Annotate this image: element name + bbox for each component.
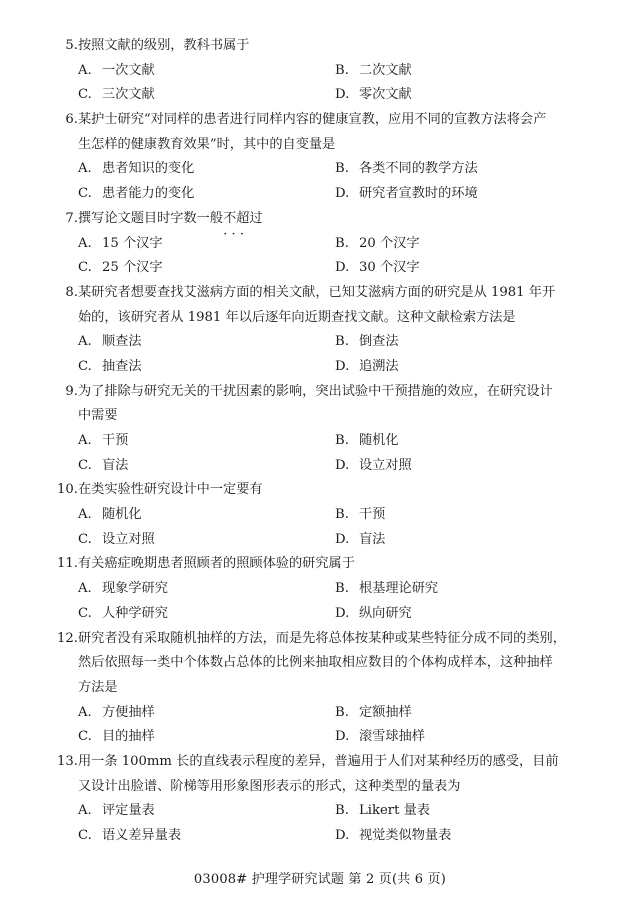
option-d: D.30 个汉字 bbox=[335, 256, 420, 281]
question-number: 12. bbox=[57, 627, 78, 652]
option-c: C.目的抽样 bbox=[78, 725, 155, 750]
option-a: A.随机化 bbox=[78, 503, 142, 528]
option-d: D.视觉类似物量表 bbox=[335, 824, 451, 849]
option-d: D.设立对照 bbox=[335, 454, 412, 479]
question-stem: 用一条 100mm 长的直线表示程度的差异，普遍用于人们对某种经历的感受，目前 bbox=[78, 750, 559, 775]
option-d: D.纵向研究 bbox=[335, 602, 412, 627]
option-a: A.现象学研究 bbox=[78, 577, 168, 602]
question-number: 10. bbox=[57, 478, 78, 503]
question-12: 12. 研究者没有采取随机抽样的方法，而是先将总体按某种或某些特征分成不同的类别… bbox=[0, 627, 640, 750]
option-c: C.设立对照 bbox=[78, 528, 155, 553]
option-c: C.盲法 bbox=[78, 454, 128, 479]
option-b: B.根基理论研究 bbox=[335, 577, 438, 602]
question-stem-continued: 中需要 bbox=[78, 404, 118, 429]
question-stem: 撰写论文题目时字数一般不超过· · · bbox=[78, 207, 263, 232]
question-stem-continued: 方法是 bbox=[78, 676, 118, 701]
option-c: C.三次文献 bbox=[78, 83, 155, 108]
question-5: 5. 按照文献的级别，教科书属于 A.一次文献 B.二次文献 C.三次文献 D.… bbox=[0, 34, 640, 108]
emphasized-text: 不超过· · · bbox=[223, 211, 263, 226]
option-a: A.顺查法 bbox=[78, 330, 142, 355]
option-b: B.各类不同的教学方法 bbox=[335, 157, 478, 182]
exam-page: 5. 按照文献的级别，教科书属于 A.一次文献 B.二次文献 C.三次文献 D.… bbox=[0, 34, 640, 849]
option-b: B.20 个汉字 bbox=[335, 232, 420, 257]
question-number: 7. bbox=[65, 207, 78, 232]
question-stem-continued: 生怎样的健康教育效果”时，其中的自变量是 bbox=[78, 133, 335, 158]
option-a: A.方便抽样 bbox=[78, 701, 155, 726]
question-stem: 研究者没有采取随机抽样的方法，而是先将总体按某种或某些特征分成不同的类别， bbox=[78, 627, 566, 652]
question-number: 13. bbox=[57, 750, 78, 775]
option-a: A.15 个汉字 bbox=[78, 232, 163, 257]
question-stem: 有关癌症晚期患者照顾者的照顾体验的研究属于 bbox=[78, 552, 355, 577]
question-6: 6. 某护士研究“对同样的患者进行同样内容的健康宣教，应用不同的宣教方法将会产 … bbox=[0, 108, 640, 207]
option-b: B.倒查法 bbox=[335, 330, 399, 355]
option-d: D.滚雪球抽样 bbox=[335, 725, 425, 750]
option-d: D.追溯法 bbox=[335, 355, 399, 380]
question-stem: 某护士研究“对同样的患者进行同样内容的健康宣教，应用不同的宣教方法将会产 bbox=[78, 108, 546, 133]
option-b: B.随机化 bbox=[335, 429, 399, 454]
question-number: 6. bbox=[65, 108, 78, 133]
question-13: 13. 用一条 100mm 长的直线表示程度的差异，普遍用于人们对某种经历的感受… bbox=[0, 750, 640, 849]
question-stem: 按照文献的级别，教科书属于 bbox=[78, 34, 249, 59]
option-c: C.人种学研究 bbox=[78, 602, 168, 627]
option-b: B.二次文献 bbox=[335, 59, 412, 84]
option-c: C.患者能力的变化 bbox=[78, 182, 194, 207]
question-number: 11. bbox=[57, 552, 78, 577]
option-a: A.评定量表 bbox=[78, 799, 155, 824]
question-number: 8. bbox=[65, 281, 78, 306]
question-7: 7. 撰写论文题目时字数一般不超过· · · A.15 个汉字 B.20 个汉字… bbox=[0, 207, 640, 281]
question-stem-continued: 始的，该研究者从 1981 年以后逐年向近期查找文献。这种文献检索方法是 bbox=[78, 306, 516, 331]
question-stem: 在类实验性研究设计中一定要有 bbox=[78, 478, 263, 503]
question-stem-continued: 然后依照每一类中个体数占总体的比例来抽取相应数目的个体构成样本，这种抽样 bbox=[78, 651, 553, 676]
option-d: D.研究者宣教时的环境 bbox=[335, 182, 478, 207]
question-number: 9. bbox=[65, 380, 78, 405]
question-10: 10. 在类实验性研究设计中一定要有 A.随机化 B.干预 C.设立对照 D.盲… bbox=[0, 478, 640, 552]
question-9: 9. 为了排除与研究无关的干扰因素的影响，突出试验中干预措施的效应，在研究设计 … bbox=[0, 380, 640, 479]
option-a: A.患者知识的变化 bbox=[78, 157, 194, 182]
question-8: 8. 某研究者想要查找艾滋病方面的相关文献，已知艾滋病方面的研究是从 1981 … bbox=[0, 281, 640, 380]
option-a: A.一次文献 bbox=[78, 59, 155, 84]
question-11: 11. 有关癌症晚期患者照顾者的照顾体验的研究属于 A.现象学研究 B.根基理论… bbox=[0, 552, 640, 626]
question-stem: 某研究者想要查找艾滋病方面的相关文献，已知艾滋病方面的研究是从 1981 年开 bbox=[78, 281, 555, 306]
question-number: 5. bbox=[65, 34, 78, 59]
question-stem: 为了排除与研究无关的干扰因素的影响，突出试验中干预措施的效应，在研究设计 bbox=[78, 380, 553, 405]
option-d: D.盲法 bbox=[335, 528, 385, 553]
option-b: B.定额抽样 bbox=[335, 701, 412, 726]
option-c: C.抽查法 bbox=[78, 355, 142, 380]
page-footer: 03008# 护理学研究试题 第 2 页(共 6 页) bbox=[0, 868, 640, 887]
option-c: C.语义差异量表 bbox=[78, 824, 181, 849]
option-b: B.干预 bbox=[335, 503, 385, 528]
option-a: A.干预 bbox=[78, 429, 128, 454]
option-c: C.25 个汉字 bbox=[78, 256, 163, 281]
option-d: D.零次文献 bbox=[335, 83, 412, 108]
question-stem-continued: 又设计出脸谱、阶梯等用形象图形表示的形式，这种类型的量表为 bbox=[78, 775, 460, 800]
option-b: B.Likert 量表 bbox=[335, 799, 430, 824]
